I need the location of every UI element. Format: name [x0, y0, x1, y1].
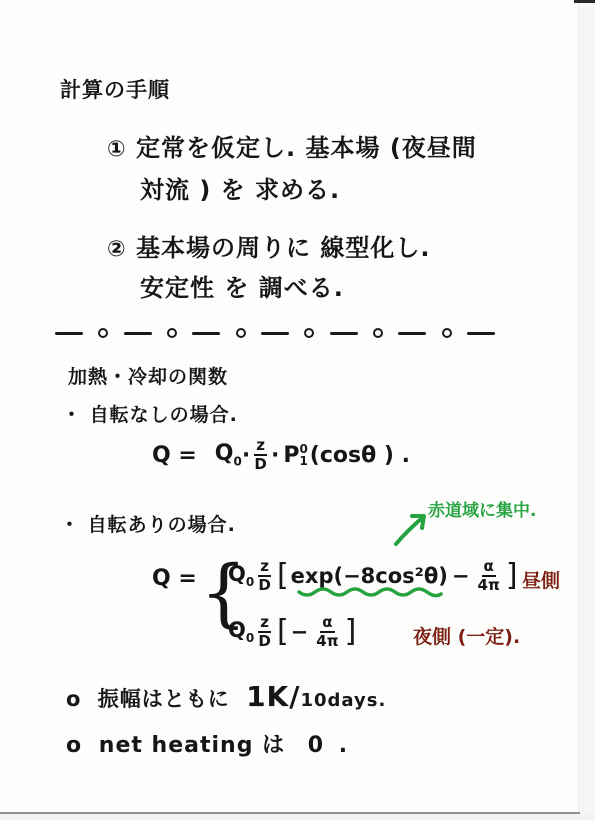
step-1-text-1: 定常を仮定し. 基本場 (夜昼間 — [136, 134, 477, 162]
eq2-row1-q: Q — [228, 562, 246, 586]
eq2-row2-sub: 0 — [246, 631, 254, 645]
divider-dash — [55, 332, 83, 335]
step-2-line-1: ② 基本場の周りに 線型化し. — [107, 228, 430, 263]
note-amplitude: o 振幅はともに 1K/10days. — [66, 680, 386, 713]
equatorial-concentration-note: 赤道域に集中. — [428, 496, 536, 521]
eq1-frac-num: z — [254, 438, 267, 456]
no-rotation-label: ・ 自転なしの場合. — [62, 400, 238, 427]
eq1-coef: Q0 — [215, 441, 242, 468]
eq2-row1-alpha-den: 4π — [478, 577, 500, 593]
scan-right-margin — [578, 0, 595, 820]
step-2-text-1: 基本場の周りに 線型化し. — [136, 234, 430, 262]
eq1-lhs: Q = — [152, 443, 197, 468]
eq1-frac-den: D — [254, 456, 266, 472]
scan-corner-mark — [574, 0, 595, 3]
eq2-row2-close: ] — [345, 614, 357, 649]
divider-dot — [442, 328, 452, 338]
eq1-argument: (cosθ ) . — [310, 443, 410, 468]
eq2-row2-coef: Q0 — [228, 618, 254, 645]
note-2-end: . — [339, 733, 348, 758]
eq1-coef-sub: 0 — [234, 455, 242, 469]
eq1-coef-q: Q — [215, 441, 234, 466]
eq1-legendre: P — [283, 443, 299, 468]
divider-dash — [467, 332, 495, 335]
step-2-number: ② — [107, 237, 127, 262]
note-2-text: net heating は — [99, 733, 285, 758]
note-1-bullet: o — [66, 687, 81, 711]
note-1-end: . — [378, 690, 386, 711]
eq2-row1-frac-num: z — [258, 559, 271, 577]
eq2-row1-alpha-num: α — [482, 559, 496, 577]
eq2-row2-minus: − — [291, 620, 309, 644]
eq2-row1-frac-den: D — [258, 577, 270, 593]
green-arrow-icon — [392, 508, 432, 548]
eq2-row2-alpha-num: α — [320, 615, 334, 633]
step-2-line-2: 安定性 を 調べる. — [140, 268, 344, 303]
divider-dash — [192, 332, 220, 335]
divider-dash — [124, 332, 152, 335]
divider-dot — [236, 328, 246, 338]
note-1-text: 振幅はともに — [98, 687, 230, 711]
note-2-value: 0 — [308, 733, 324, 758]
eq2-row2-q: Q — [228, 618, 246, 642]
eq2-row1-minus: − — [452, 564, 470, 588]
eq2-row2-frac-den: D — [258, 633, 270, 649]
procedure-title: 計算の手順 — [60, 74, 170, 104]
eq2-row1-sub: 0 — [246, 575, 254, 589]
eq1-legendre-indices: 0 1 — [299, 443, 307, 467]
eq2-row2-fraction: z D — [258, 615, 271, 649]
eq2-row2-frac-num: z — [258, 615, 271, 633]
scan-bottom-margin — [0, 814, 595, 820]
eq2-row1-close: ] — [506, 558, 518, 593]
section-divider — [55, 325, 495, 341]
eq2-row2-alpha-den: 4π — [316, 633, 338, 649]
equation-nightside: Q0 z D [ − α 4π ] — [228, 614, 358, 649]
heating-cooling-heading: 加熱・冷却の関数 — [68, 362, 228, 389]
divider-dot — [167, 328, 177, 338]
divider-dash — [330, 332, 358, 335]
eq2-row2-open: [ — [277, 614, 289, 649]
dayside-label: 昼側 — [522, 566, 560, 593]
note-net-heating: o net heating は 0 . — [66, 728, 348, 759]
equation-no-rotation: Q = Q0 · z D · P 0 1 (cosθ ) . — [152, 438, 410, 472]
eq1-dot-1: · — [242, 443, 250, 468]
note-1-value: 1K — [246, 680, 289, 713]
with-rotation-label: ・ 自転ありの場合. — [60, 510, 236, 537]
divider-dash — [398, 332, 426, 335]
step-1-line-2: 対流 ) を 求める. — [140, 170, 340, 205]
divider-dot — [373, 328, 383, 338]
eq1-dot-2: · — [271, 443, 279, 468]
eq1-legendre-sub: 1 — [299, 455, 307, 467]
nightside-label: 夜側 (一定). — [413, 622, 520, 649]
step-1-line-1: ① 定常を仮定し. 基本場 (夜昼間 — [107, 128, 477, 163]
eq2-row1-exp-term: exp(−8cos²θ) — [291, 564, 448, 588]
note-2-bullet: o — [66, 733, 82, 758]
note-1-slash: / — [289, 680, 300, 713]
divider-dot — [304, 328, 314, 338]
green-underline-wave — [297, 586, 443, 600]
note-1-unit: 10days — [300, 690, 378, 711]
eq2-row1-coef: Q0 — [228, 562, 254, 589]
eq2-row1-open: [ — [277, 558, 289, 593]
eq2-row1-alpha-frac: α 4π — [478, 559, 500, 593]
eq2-lhs: Q = — [152, 566, 197, 591]
eq2-row1-fraction: z D — [258, 559, 271, 593]
eq1-fraction: z D — [254, 438, 267, 472]
eq2-row2-alpha-frac: α 4π — [316, 615, 338, 649]
divider-dash — [261, 332, 289, 335]
divider-dot — [98, 328, 108, 338]
step-1-number: ① — [107, 137, 127, 162]
